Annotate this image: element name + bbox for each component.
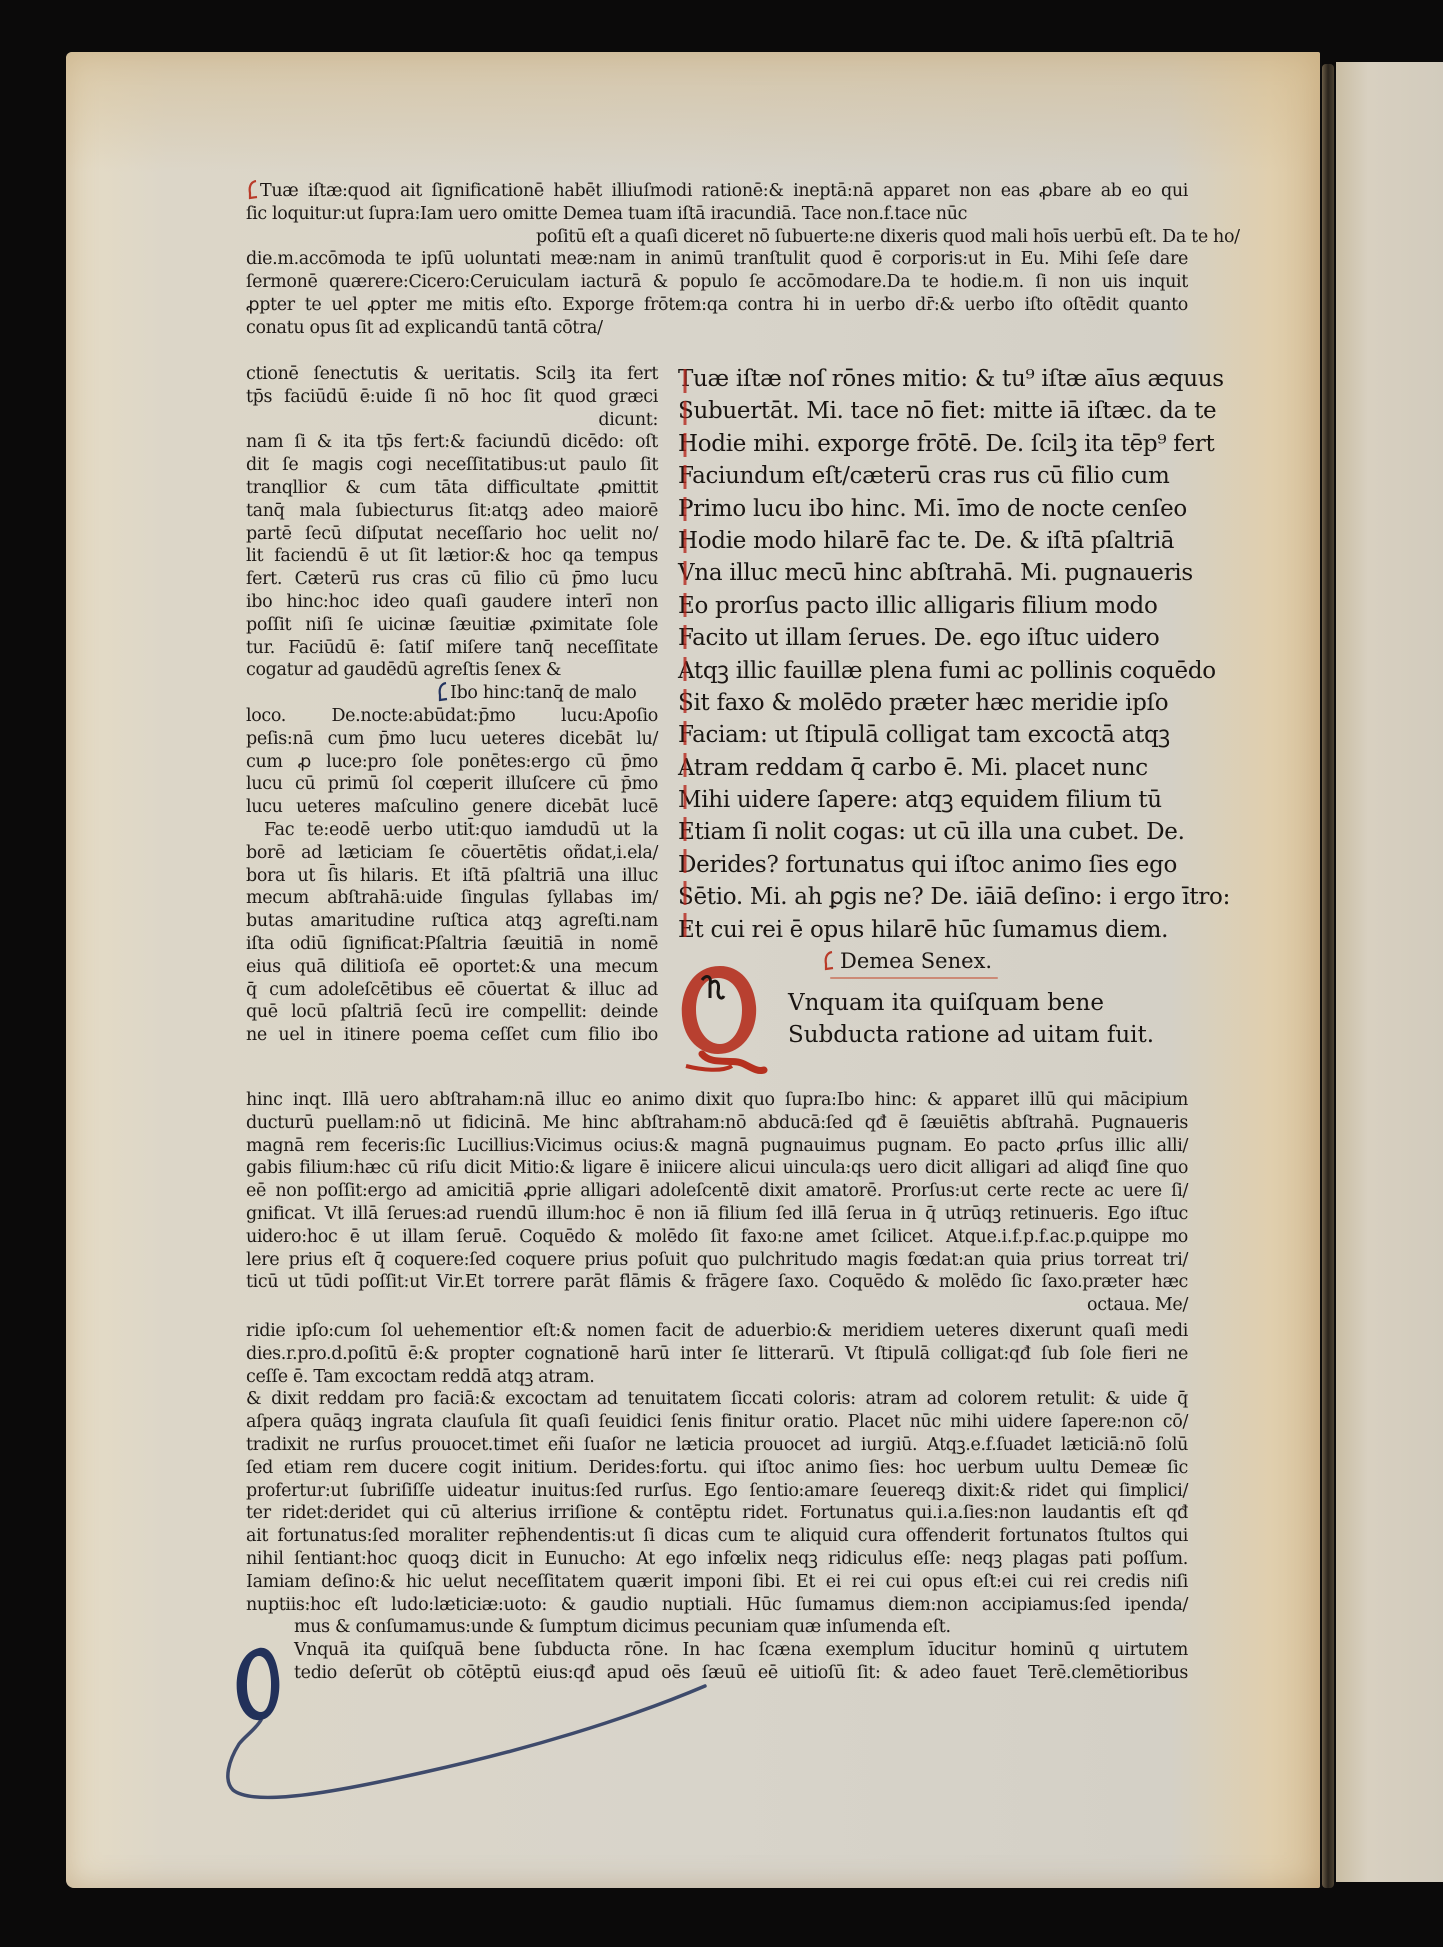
- commentary-line: profertur:ut ſubriſiſſe uideatur inuitus…: [246, 1480, 1188, 1503]
- commentary-line: ſermonē quærere:Cicero:Ceruiculam iactur…: [246, 271, 1188, 294]
- commentary-line: fert. Cæterū rus cras cū filio cū p̄mo l…: [246, 568, 658, 591]
- verse-line: Derides? fortunatus qui iſtoc animo ſies…: [678, 849, 1198, 881]
- commentary-line: tanq̄ mala ſubiecturus ſit:atqꝫ adeo mai…: [246, 500, 658, 523]
- red-underline: [830, 977, 998, 979]
- verse-line: Vna illuc mecū hinc abſtrahā. Mi. pugnau…: [678, 557, 1198, 589]
- commentary-left-column: ctionē ſenectutis & ueritatis. Scilꝫ ita…: [246, 363, 658, 1047]
- commentary-line: die.m.accōmoda te ipſū uoluntati meæ:nam…: [246, 248, 1188, 271]
- commentary-line: loco. De.nocte:abūdat:p̄mo lucu:Apoſio: [246, 705, 658, 728]
- verse-line: Hodie mihi. exporge frōtē. De. ſcilꝫ ita…: [678, 428, 1198, 460]
- commentary-line: partē ſecū diſputat neceſſario hoc uelit…: [246, 523, 658, 546]
- verse-line: Atram reddam q̄ carbo ē. Mi. placet nunc: [678, 752, 1198, 784]
- commentary-line: gabis filium:hæc cū riſu dicit Mitio:& l…: [246, 1157, 1188, 1180]
- commentary-line: ceſſe ē. Tam excoctam reddā atqꝫ atram.: [246, 1366, 1188, 1389]
- verse-line: Sit faxo & molēdo præter hæc meridie ipſ…: [678, 687, 1198, 719]
- blue-paragraph-mark-icon: [436, 682, 449, 701]
- commentary-line: mus & conſumamus:unde & ſumptum dicimus …: [246, 1616, 1188, 1639]
- speaker-name: Demea Senex.: [840, 949, 992, 973]
- verse-line: Faciam: ut ſtipulā colligat tam excoctā …: [678, 719, 1198, 751]
- commentary-line: cum ꝓ luce:pro ſole ponētes:ergo cū p̄mo: [246, 751, 658, 774]
- verse-line: Sētio. Mi. ah ꝑgis ne? De. iāiā deſino: …: [678, 881, 1198, 913]
- commentary-line: ſic loquitur:ut ſupra:Iam uero omitte De…: [246, 203, 1188, 226]
- verse-line: Eo prorſus pacto illic alligaris filium …: [678, 590, 1198, 622]
- verse-line: Facito ut illam ſerues. De. ego iſtuc ui…: [678, 622, 1198, 654]
- commentary-top: Tuæ iſtæ:quod ait ſignificationē habēt i…: [246, 180, 1188, 340]
- commentary-line: lit faciendū ē ut ſit lætior:& hoc qa te…: [246, 545, 658, 568]
- commentary-line: ctionē ſenectutis & ueritatis. Scilꝫ ita…: [246, 363, 658, 386]
- verse-line: Subuertāt. Mi. tace nō fiet: mitte iā iſ…: [678, 395, 1198, 427]
- red-initial-q-icon: [672, 958, 772, 1076]
- commentary-line: tp̄s faciūdū ē:uide ſi nō hoc ſit quod g…: [246, 386, 658, 409]
- scene-heading: Demea Senex.: [840, 949, 992, 973]
- facing-page-edge: [1336, 62, 1443, 1882]
- commentary-line: lucu cū primū ſol cœperit illuſcere cū p…: [246, 773, 658, 796]
- commentary-line: poſſit niſi ſe uicinæ ſæuitiæ ꝓximitate …: [246, 614, 658, 637]
- commentary-line: bora ut ſ̄is hilaris. Et iſtā pſaltriā u…: [246, 865, 658, 888]
- blue-initial-q-icon: [225, 1640, 775, 1810]
- verse-line: Hodie modo hilarē fac te. De. & iſtā pſa…: [678, 525, 1198, 557]
- commentary-line: nihil ſentiant:hoc quoqꝫ dicit in Eunuch…: [246, 1548, 1188, 1571]
- commentary-line: tradixit ne rurſus prouocet.timet eñi ſu…: [246, 1434, 1188, 1457]
- commentary-line: gnificat. Vt illā ſerues:ad ruendū illum…: [246, 1203, 1188, 1226]
- commentary-line: ticū ut tūdi poſſit:ut Vir.Et torrere pa…: [246, 1271, 1188, 1294]
- commentary-line: mecum abſtrahā:uide ſingulas ſyllabas im…: [246, 887, 658, 910]
- commentary-line: hinc inqt. Illā uero abſtraham:nā illuc …: [246, 1089, 1188, 1112]
- commentary-line: poſitū eſt a quaſi diceret nō ſubuerte:n…: [246, 226, 1188, 249]
- commentary-line: ſed etiam rem ducere cogit initium. Deri…: [246, 1457, 1188, 1480]
- commentary-line: ducturū puellam:nō ut fidicinā. Me hinc …: [246, 1112, 1188, 1135]
- verse-line: Faciundum eſt/cæterū cras rus cū filio c…: [678, 460, 1198, 492]
- commentary-line: quē locū pſaltriā ſecū ire compellit: de…: [246, 1001, 658, 1024]
- commentary-line: & dixit reddam pro faciā:& excoctam ad t…: [246, 1388, 1188, 1411]
- commentary-line: peſis:nā cum p̄mo lucu ueteres dicebāt l…: [246, 728, 658, 751]
- verse-line: Subducta ratione ad uitam fuit.: [788, 1019, 1154, 1051]
- commentary-line: ait fortunatus:ſed moraliter rep̄hendent…: [246, 1525, 1188, 1548]
- commentary-line: nam ſi & ita tp̄s fert:& faciundū dicēdo…: [246, 431, 658, 454]
- commentary-line: ridie ipſo:cum ſol uehementior eſt:& nom…: [246, 1320, 1188, 1343]
- verse-line: Et cui rei ē opus hilarē hūc ſumamus die…: [678, 914, 1198, 946]
- commentary-line: uidero:hoc ē ut illam ſeruē. Coquēdo & m…: [246, 1226, 1188, 1249]
- commentary-line: q̄ cum adoleſcētibus eē cōuertat & illuc…: [246, 979, 658, 1002]
- commentary-line: nuptiis:hoc eſt ludo:læticiæ:uoto: & gau…: [246, 1594, 1188, 1617]
- verse-line: Tuæ iſtæ noſ rōnes mitio: & tu⁹ iſtæ aīu…: [678, 363, 1198, 395]
- play-verse-text: Tuæ iſtæ noſ rōnes mitio: & tu⁹ iſtæ aīu…: [678, 363, 1198, 946]
- commentary-line: lere prius eſt q̄ coquere:ſed coquere pr…: [246, 1249, 1188, 1272]
- verse-line: Mihi uidere ſapere: atqꝫ equidem filium …: [678, 784, 1198, 816]
- water-stain: [66, 52, 1320, 172]
- commentary-line: dicunt:: [246, 409, 658, 432]
- commentary-line: iſta odiū ſignificat:Pſaltria ſæuitiā in…: [246, 933, 658, 956]
- commentary-line: cogatur ad gaudēdū agreſtis ſenex &: [246, 659, 658, 682]
- commentary-line: butas amaritudine ruſtica atqꝫ agreſti.n…: [246, 910, 658, 933]
- commentary-line: tranqllior & cum tāta difficultate ꝓmitt…: [246, 477, 658, 500]
- commentary-line: dies.r.pro.d.poſitū ē:& propter cognatio…: [246, 1343, 1188, 1366]
- red-paragraph-mark-icon: [822, 951, 835, 970]
- commentary-line: eē non poſſit:ergo ad amicitiā ꝓprie all…: [246, 1180, 1188, 1203]
- commentary-line: ne uel in itinere poema ceſſet cum filio…: [246, 1024, 658, 1047]
- rubrication-strokes: [680, 365, 692, 955]
- commentary-line: eius quā dilitioſa eē oportet:& una mecu…: [246, 956, 658, 979]
- commentary-line: octaua. Me/: [246, 1294, 1188, 1317]
- verse-line: Atqꝫ illic fauillæ plena fumi ac pollini…: [678, 655, 1198, 687]
- commentary-line: Iamiam deſino:& hic uelut neceſſitatem q…: [246, 1571, 1188, 1594]
- red-paragraph-mark-icon: [246, 180, 259, 199]
- commentary-line: borē ad læticiam ſe cōuertētis oñdat,i.e…: [246, 842, 658, 865]
- book-gutter: [1322, 64, 1334, 1888]
- commentary-line: ter ridet:deridet qui cū alterius irriſi…: [246, 1502, 1188, 1525]
- commentary-line: Ibo hinc:tanq̄ de malo: [246, 682, 658, 705]
- commentary-line: dit ſe magis cogi neceſſitatibus:ut paul…: [246, 454, 658, 477]
- scan-background: [0, 0, 1443, 52]
- commentary-bottom-b: ridie ipſo:cum ſol uehementior eſt:& nom…: [246, 1320, 1188, 1685]
- commentary-line: conatu opus ſit ad explicandū tantā cōtr…: [246, 317, 1188, 340]
- commentary-line: lucu ueteres maſculino genere dicebāt lu…: [246, 796, 658, 819]
- commentary-line: Tuæ iſtæ:quod ait ſignificationē habēt i…: [246, 180, 1188, 203]
- commentary-line: tur. Faciūdū ē: ſatiſ miſere tanq̄ neceſ…: [246, 637, 658, 660]
- commentary-line: ibo hinc:hoc ideo quaſi gaudere interī n…: [246, 591, 658, 614]
- commentary-line: Fac te:eodē uerbo utit̄:quo iamdudū ut l…: [246, 819, 658, 842]
- scene-opening-lines: Vnquam ita quiſquam bene Subducta ration…: [788, 987, 1154, 1051]
- verse-line: Etiam ſi nolit cogas: ut cū illa una cub…: [678, 816, 1198, 848]
- commentary-line: ꝓpter te uel ꝓpter me mitis eſto. Exporg…: [246, 294, 1188, 317]
- commentary-line: magnā rem feceris:ſic Lucillius:Vicimus …: [246, 1135, 1188, 1158]
- verse-line: Vnquam ita quiſquam bene: [788, 987, 1154, 1019]
- commentary-bottom-a: hinc inqt. Illā uero abſtraham:nā illuc …: [246, 1089, 1188, 1317]
- commentary-line: aſpera quāqꝫ ingrata clauſula ſit quaſi …: [246, 1411, 1188, 1434]
- verse-line: Primo lucu ibo hinc. Mi. īmo de nocte ce…: [678, 493, 1198, 525]
